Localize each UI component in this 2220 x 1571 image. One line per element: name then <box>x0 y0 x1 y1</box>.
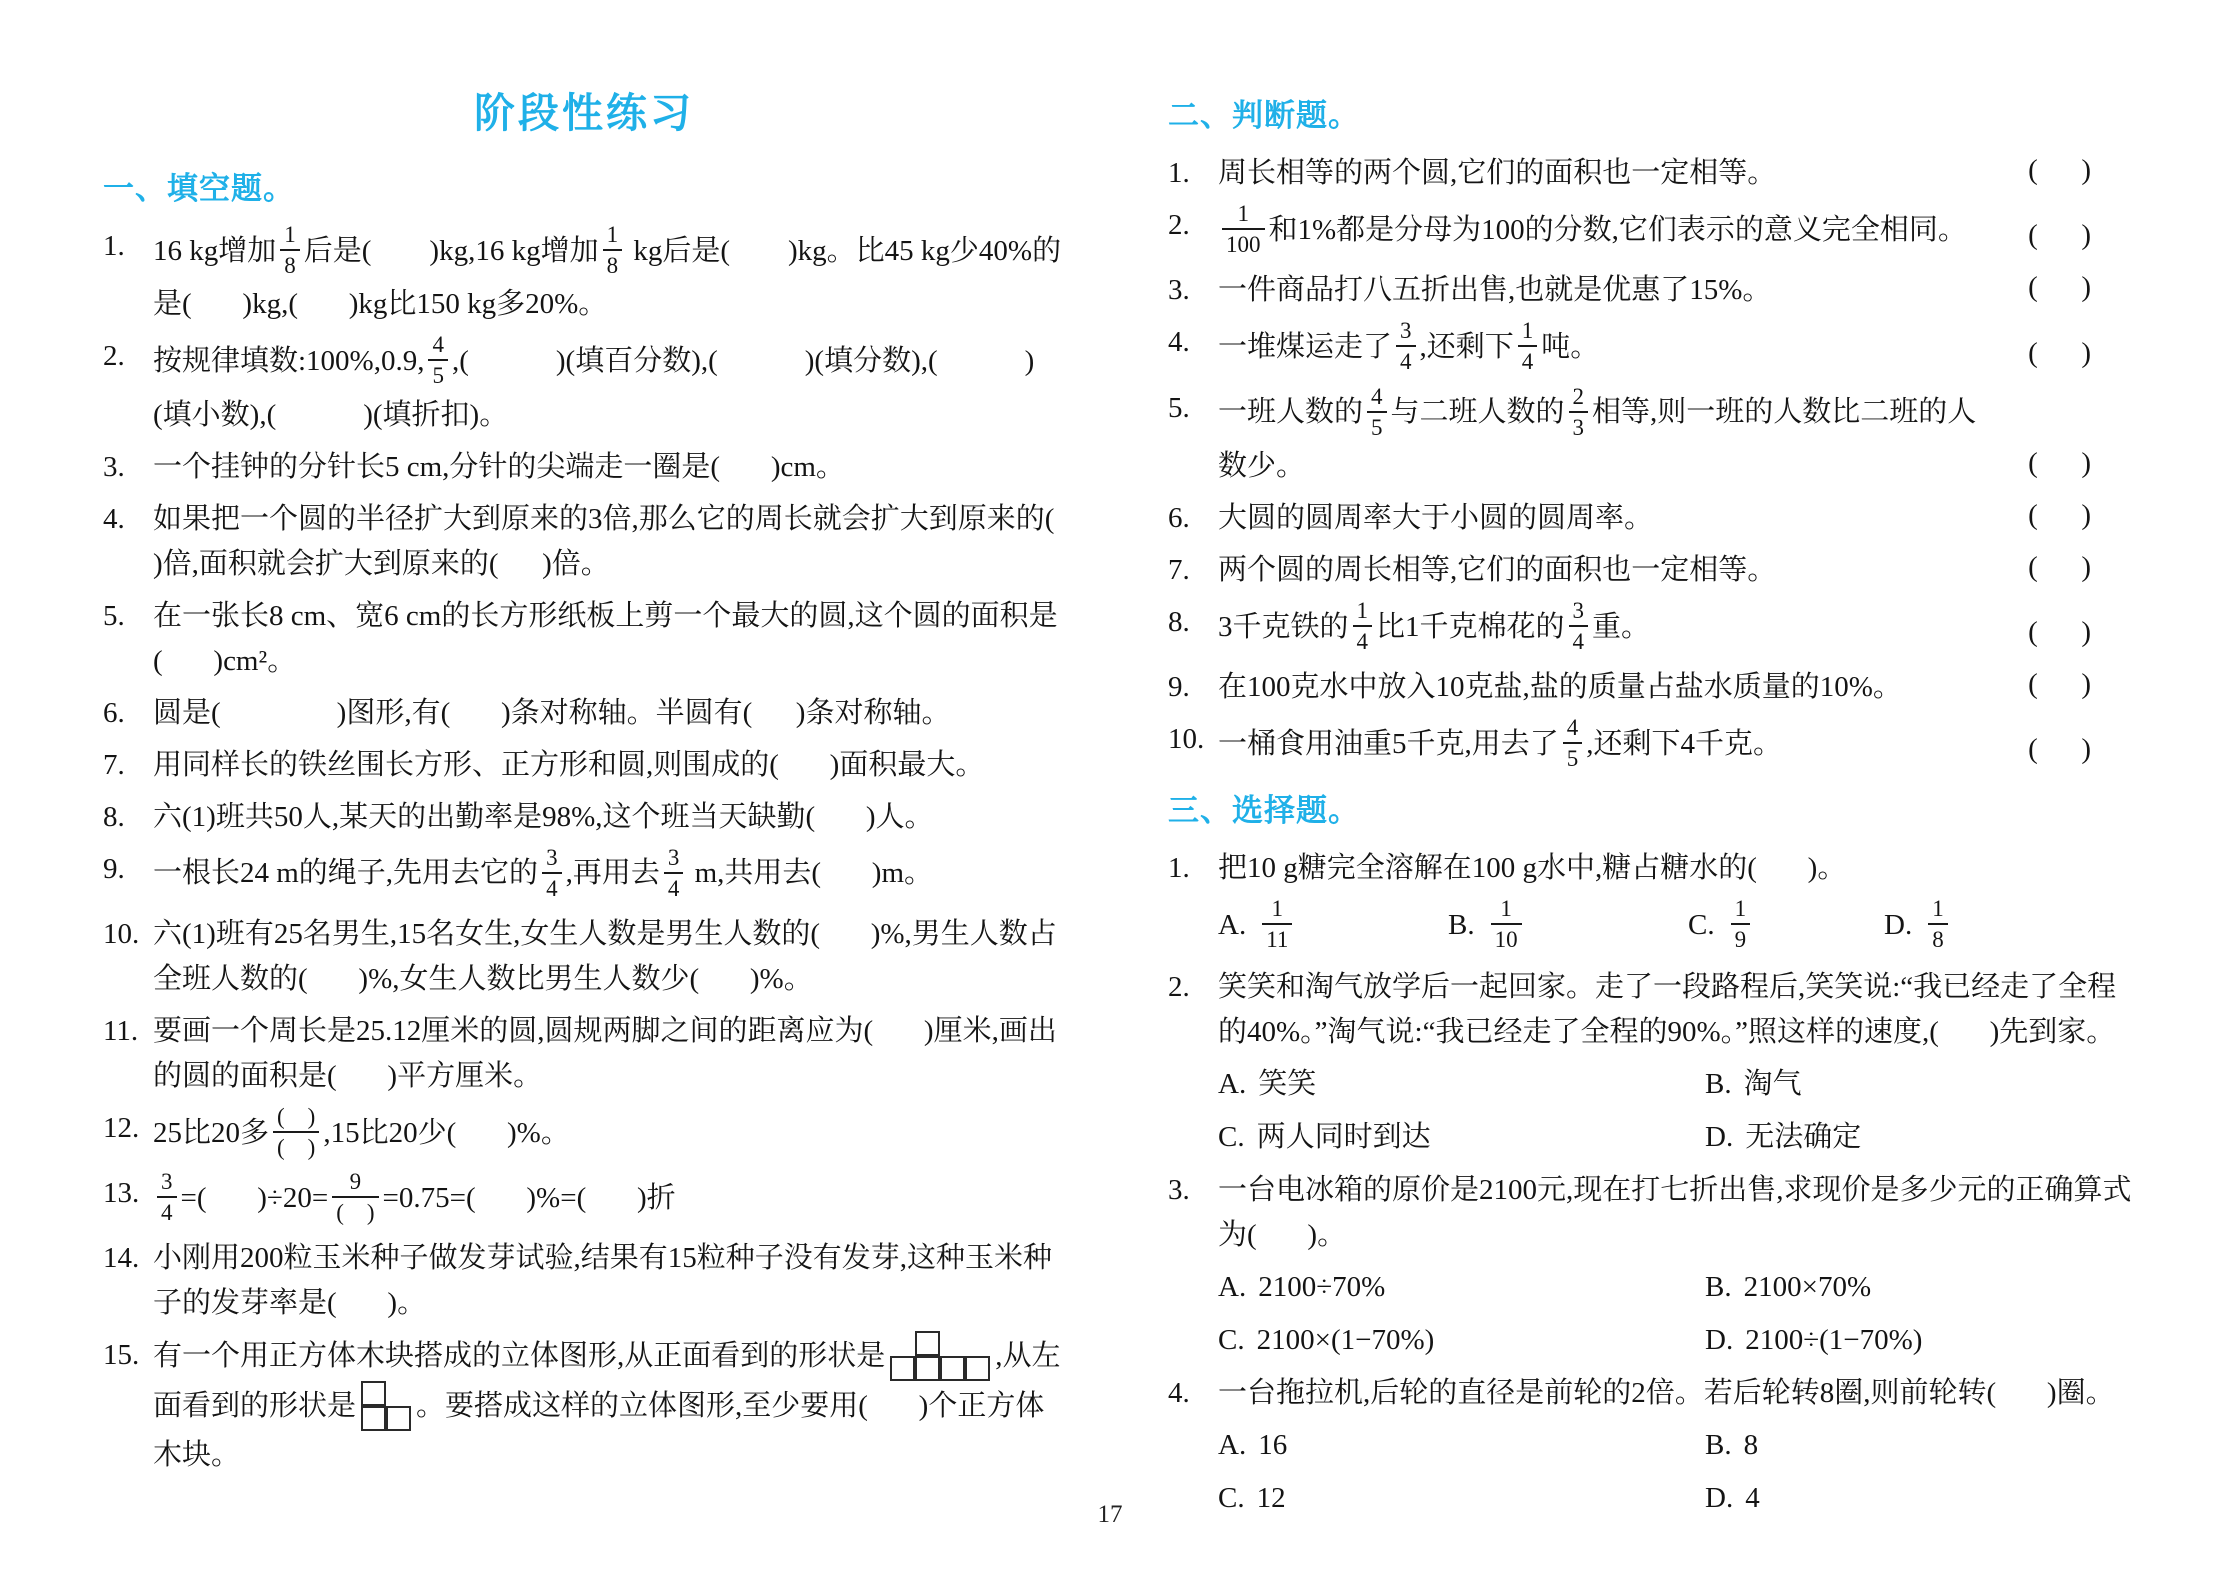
fill-question-10: 10.六(1)班有25名男生,15名女生,女生人数是男生人数的( )%,男生人数… <box>103 912 1065 1002</box>
cube-cell <box>965 1356 990 1381</box>
fraction: 1100 <box>1222 200 1265 258</box>
answer-bracket: ( ) <box>2028 545 2091 590</box>
answer-bracket: ( ) <box>2028 331 2091 376</box>
question-number: 9. <box>1168 665 1190 710</box>
answer-bracket: ( ) <box>2028 493 2091 538</box>
answer-bracket: ( ) <box>2028 148 2091 193</box>
question-text: 3千克铁的14比1千克棉花的34重。 <box>1218 611 1650 643</box>
fill-question-5: 5.在一张长8 cm、宽6 cm的长方形纸板上剪一个最大的圆,这个圆的面积是( … <box>103 594 1065 684</box>
fraction: 34 <box>664 844 684 902</box>
question-number: 1. <box>1168 151 1190 196</box>
choice-question-4: 4.一台拖拉机,后轮的直径是前轮的2倍。若后轮转8圈,则前轮转( )圈。 <box>1168 1371 2133 1416</box>
answer-bracket: ( ) <box>2028 441 2091 486</box>
question-text: 圆是( )图形,有( )条对称轴。半圆有( )条对称轴。 <box>153 697 950 729</box>
question-text: 六(1)班有25名男生,15名女生,女生人数是男生人数的( )%,男生人数占全班… <box>153 918 1057 995</box>
answer-bracket: ( ) <box>2028 213 2091 258</box>
option-value: 无法确定 <box>1745 1121 1861 1153</box>
section-heading-choice: 三、选择题。 <box>1168 785 2133 830</box>
fill-question-2: 2.按规律填数:100%,0.9,45,( )(填百分数),( )(填分数),(… <box>103 334 1065 437</box>
cube-cell <box>915 1356 940 1381</box>
judge-question-6: 6.大圆的圆周率大于小圆的圆周率。( ) <box>1168 496 2133 541</box>
option-b: B.8 <box>1705 1423 1758 1468</box>
question-number: 8. <box>1168 600 1190 645</box>
fraction: 45 <box>1563 714 1583 772</box>
fraction: 14 <box>1353 597 1373 655</box>
fraction: 23 <box>1569 383 1589 441</box>
question-text: 一班人数的45与二班人数的23相等,则一班的人数比二班的人数少。 <box>1218 396 1976 481</box>
option-d: D.18 <box>1884 898 1952 956</box>
fraction: 34 <box>1569 597 1589 655</box>
fill-question-7: 7.用同样长的铁丝围长方形、正方形和圆,则围成的( )面积最大。 <box>103 743 1065 788</box>
question-text: 六(1)班共50人,某天的出勤率是98%,这个班当天缺勤( )人。 <box>153 801 934 833</box>
question-number: 9. <box>103 847 125 892</box>
question-number: 10. <box>103 912 139 957</box>
question-number: 6. <box>103 691 125 736</box>
option-value: 2100÷(1−70%) <box>1745 1324 1922 1356</box>
option-a: A.2100÷70% <box>1218 1265 1705 1310</box>
choice-3-options-row1: A.2100÷70% B.2100×70% <box>1168 1265 2133 1310</box>
fraction: 18 <box>603 221 623 279</box>
fraction: ( )( ) <box>273 1103 319 1161</box>
question-text: 把10 g糖完全溶解在100 g水中,糖占糖水的( )。 <box>1218 852 1846 884</box>
question-number: 3. <box>103 445 125 490</box>
fill-question-11: 11.要画一个周长是25.12厘米的圆,圆规两脚之间的距离应为( )厘米,画出的… <box>103 1009 1065 1099</box>
fill-question-12: 12.25比20多( )( ),15比20少( )%。 <box>103 1106 1065 1164</box>
option-a: A.笑笑 <box>1218 1062 1705 1107</box>
cube-cell <box>940 1356 965 1381</box>
choice-question-3: 3.一台电冰箱的原价是2100元,现在打七折出售,求现价是多少元的正确算式为( … <box>1168 1168 2133 1258</box>
option-value: 2100×70% <box>1744 1271 1872 1303</box>
page-number: 17 <box>0 1501 2220 1529</box>
fraction: 45 <box>1367 383 1387 441</box>
fill-question-4: 4.如果把一个圆的半径扩大到原来的3倍,那么它的周长就会扩大到原来的( )倍,面… <box>103 497 1065 587</box>
question-number: 4. <box>1168 1371 1190 1416</box>
fraction: 34 <box>157 1168 177 1226</box>
cube-cell <box>361 1406 386 1431</box>
cube-cell <box>361 1381 386 1406</box>
question-number: 2. <box>1168 965 1190 1010</box>
choice-2-options-row2: C.两人同时到达 D.无法确定 <box>1168 1115 2133 1160</box>
fraction: 19 <box>1731 895 1751 953</box>
fill-question-15: 15.有一个用正方体木块搭成的立体图形,从正面看到的形状是,从左面看到的形状是。… <box>103 1333 1065 1478</box>
fill-question-6: 6.圆是( )图形,有( )条对称轴。半圆有( )条对称轴。 <box>103 691 1065 736</box>
question-number: 3. <box>1168 1168 1190 1213</box>
question-text: 一根长24 m的绳子,先用去它的34,再用去34 m,共用去( )m。 <box>153 857 933 889</box>
fill-question-9: 9.一根长24 m的绳子,先用去它的34,再用去34 m,共用去( )m。 <box>103 847 1065 905</box>
cube-shape <box>890 1331 990 1381</box>
option-value: 淘气 <box>1744 1068 1802 1100</box>
question-text: 在一张长8 cm、宽6 cm的长方形纸板上剪一个最大的圆,这个圆的面积是( )c… <box>153 600 1058 677</box>
judge-question-5: 5.一班人数的45与二班人数的23相等,则一班的人数比二班的人数少。( ) <box>1168 386 2133 489</box>
question-text: 在100克水中放入10克盐,盐的质量占盐水质量的10%。 <box>1218 671 1902 703</box>
option-c: C.19 <box>1688 898 1884 956</box>
left-column: 阶段性练习 一、填空题。 1.16 kg增加18后是( )kg,16 kg增加1… <box>103 80 1065 1485</box>
answer-bracket: ( ) <box>2028 265 2091 310</box>
option-d: D.2100÷(1−70%) <box>1705 1318 1922 1363</box>
fraction: 14 <box>1518 317 1538 375</box>
question-number: 2. <box>103 334 125 379</box>
fill-question-3: 3.一个挂钟的分针长5 cm,分针的尖端走一圈是( )cm。 <box>103 445 1065 490</box>
choice-2-options-row1: A.笑笑 B.淘气 <box>1168 1062 2133 1107</box>
question-text: 两个圆的周长相等,它们的面积也一定相等。 <box>1218 554 1776 586</box>
page-title: 阶段性练习 <box>103 80 1065 139</box>
fill-question-8: 8.六(1)班共50人,某天的出勤率是98%,这个班当天缺勤( )人。 <box>103 795 1065 840</box>
judge-question-8: 8.3千克铁的14比1千克棉花的34重。( ) <box>1168 600 2133 658</box>
option-d: D.无法确定 <box>1705 1115 1861 1160</box>
question-text: 一桶食用油重5千克,用去了45,还剩下4千克。 <box>1218 728 1782 760</box>
question-text: 一个挂钟的分针长5 cm,分针的尖端走一圈是( )cm。 <box>153 451 845 483</box>
answer-bracket: ( ) <box>2028 727 2091 772</box>
question-text: 一堆煤运走了34,还剩下14吨。 <box>1218 331 1599 363</box>
option-a: A.111 <box>1218 898 1448 956</box>
option-value: 19 <box>1727 909 1755 941</box>
question-number: 12. <box>103 1106 139 1151</box>
question-number: 6. <box>1168 496 1190 541</box>
option-value: 8 <box>1744 1429 1759 1461</box>
cube-shape <box>361 1381 411 1431</box>
question-number: 10. <box>1168 717 1204 762</box>
question-text: 有一个用正方体木块搭成的立体图形,从正面看到的形状是,从左面看到的形状是。要搭成… <box>153 1340 1061 1471</box>
option-value: 笑笑 <box>1258 1068 1316 1100</box>
choice-1-options: A.111 B.110 C.19 D.18 <box>1168 898 2133 956</box>
judge-question-9: 9.在100克水中放入10克盐,盐的质量占盐水质量的10%。( ) <box>1168 665 2133 710</box>
question-number: 15. <box>103 1333 139 1378</box>
question-text: 按规律填数:100%,0.9,45,( )(填百分数),( )(填分数),( )… <box>153 345 1034 430</box>
question-text: 25比20多( )( ),15比20少( )%。 <box>153 1117 570 1149</box>
option-value: 18 <box>1924 909 1952 941</box>
option-b: B.2100×70% <box>1705 1265 1871 1310</box>
fraction: 9( ) <box>332 1168 378 1226</box>
fill-question-14: 14.小刚用200粒玉米种子做发芽试验,结果有15粒种子没有发芽,这种玉米种子的… <box>103 1236 1065 1326</box>
question-text: 用同样长的铁丝围长方形、正方形和圆,则围成的( )面积最大。 <box>153 749 984 781</box>
question-number: 7. <box>1168 548 1190 593</box>
option-value: 16 <box>1258 1429 1287 1461</box>
judge-question-4: 4.一堆煤运走了34,还剩下14吨。( ) <box>1168 320 2133 378</box>
answer-bracket: ( ) <box>2028 662 2091 707</box>
option-value: 110 <box>1487 909 1526 941</box>
section-heading-judge: 二、判断题。 <box>1168 90 2133 135</box>
judge-question-1: 1.周长相等的两个圆,它们的面积也一定相等。( ) <box>1168 151 2133 196</box>
option-a: A.16 <box>1218 1423 1705 1468</box>
question-text: 如果把一个圆的半径扩大到原来的3倍,那么它的周长就会扩大到原来的( )倍,面积就… <box>153 503 1098 580</box>
right-column: 二、判断题。 1.周长相等的两个圆,它们的面积也一定相等。( ) 2.1100和… <box>1168 80 2133 1529</box>
question-number: 11. <box>103 1009 138 1054</box>
option-c: C.2100×(1−70%) <box>1218 1318 1705 1363</box>
judge-question-2: 2.1100和1%都是分母为100的分数,它们表示的意义完全相同。( ) <box>1168 203 2133 261</box>
fraction: 18 <box>280 221 300 279</box>
question-number: 3. <box>1168 268 1190 313</box>
question-text: 一台拖拉机,后轮的直径是前轮的2倍。若后轮转8圈,则前轮转( )圈。 <box>1218 1377 2115 1409</box>
option-b: B.淘气 <box>1705 1062 1802 1107</box>
question-text: 笑笑和淘气放学后一起回家。走了一段路程后,笑笑说:“我已经走了全程的40%。”淘… <box>1218 971 2116 1048</box>
fraction: 18 <box>1928 895 1948 953</box>
question-text: 小刚用200粒玉米种子做发芽试验,结果有15粒种子没有发芽,这种玉米种子的发芽率… <box>153 1242 1052 1319</box>
judge-question-3: 3.一件商品打八五折出售,也就是优惠了15%。( ) <box>1168 268 2133 313</box>
option-b: B.110 <box>1448 898 1688 956</box>
fraction: 110 <box>1491 895 1522 953</box>
question-number: 5. <box>103 594 125 639</box>
question-number: 8. <box>103 795 125 840</box>
section-heading-fill: 一、填空题。 <box>103 163 1065 208</box>
fraction: 45 <box>428 331 448 389</box>
question-text: 34=( )÷20=9( )=0.75=( )%=( )折 <box>153 1182 676 1214</box>
question-text: 1100和1%都是分母为100的分数,它们表示的意义完全相同。 <box>1218 214 1967 246</box>
choice-4-options-row1: A.16 B.8 <box>1168 1423 2133 1468</box>
question-number: 1. <box>103 224 125 269</box>
question-text: 16 kg增加18后是( )kg,16 kg增加18 kg后是( )kg。比45… <box>153 235 1061 320</box>
fraction: 34 <box>1396 317 1416 375</box>
question-text: 要画一个周长是25.12厘米的圆,圆规两脚之间的距离应为( )厘米,画出的圆的面… <box>153 1015 1057 1092</box>
option-value: 2100×(1−70%) <box>1257 1324 1435 1356</box>
option-c: C.两人同时到达 <box>1218 1115 1705 1160</box>
question-number: 4. <box>103 497 125 542</box>
question-text: 周长相等的两个圆,它们的面积也一定相等。 <box>1218 157 1776 189</box>
option-value: 两人同时到达 <box>1257 1121 1431 1153</box>
fraction: 34 <box>542 844 562 902</box>
cube-cell <box>890 1356 915 1381</box>
question-number: 13. <box>103 1171 139 1216</box>
worksheet-page: 阶段性练习 一、填空题。 1.16 kg增加18后是( )kg,16 kg增加1… <box>0 0 2220 1571</box>
question-number: 1. <box>1168 846 1190 891</box>
question-number: 14. <box>103 1236 139 1281</box>
question-number: 4. <box>1168 320 1190 365</box>
cube-cell <box>386 1406 411 1431</box>
judge-question-10: 10.一桶食用油重5千克,用去了45,还剩下4千克。( ) <box>1168 717 2133 775</box>
question-text: 一件商品打八五折出售,也就是优惠了15%。 <box>1218 274 1771 306</box>
answer-bracket: ( ) <box>2028 610 2091 655</box>
option-value: 111 <box>1258 909 1296 941</box>
fill-question-13: 13.34=( )÷20=9( )=0.75=( )%=( )折 <box>103 1171 1065 1229</box>
option-value: 2100÷70% <box>1258 1271 1385 1303</box>
question-text: 一台电冰箱的原价是2100元,现在打七折出售,求现价是多少元的正确算式为( )。 <box>1218 1174 2132 1251</box>
choice-3-options-row2: C.2100×(1−70%) D.2100÷(1−70%) <box>1168 1318 2133 1363</box>
fraction: 111 <box>1262 895 1292 953</box>
fill-question-1: 1.16 kg增加18后是( )kg,16 kg增加18 kg后是( )kg。比… <box>103 224 1065 327</box>
cube-cell <box>915 1331 940 1356</box>
question-number: 2. <box>1168 203 1190 248</box>
choice-question-1: 1.把10 g糖完全溶解在100 g水中,糖占糖水的( )。 <box>1168 846 2133 891</box>
question-number: 5. <box>1168 386 1190 431</box>
judge-question-7: 7.两个圆的周长相等,它们的面积也一定相等。( ) <box>1168 548 2133 593</box>
choice-question-2: 2.笑笑和淘气放学后一起回家。走了一段路程后,笑笑说:“我已经走了全程的40%。… <box>1168 965 2133 1055</box>
question-text: 大圆的圆周率大于小圆的圆周率。 <box>1218 502 1653 534</box>
question-number: 7. <box>103 743 125 788</box>
